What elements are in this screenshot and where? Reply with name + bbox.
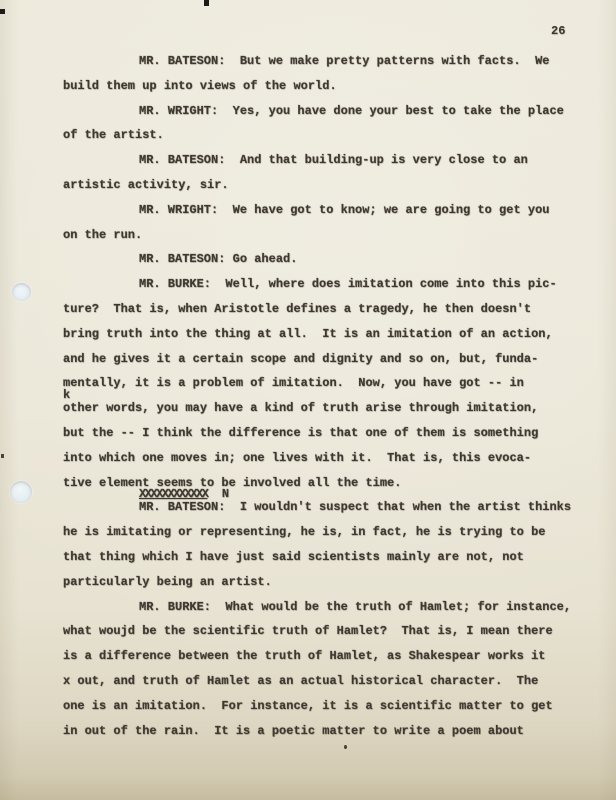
scan-speck-bottom xyxy=(344,745,347,749)
punch-hole-bottom xyxy=(10,481,32,503)
punch-hole-top xyxy=(12,283,31,301)
scan-speck-left xyxy=(1,454,4,458)
transcript: MR. BATESON: But we make pretty patterns… xyxy=(63,49,575,743)
transcript-line: is a difference between the truth of Ham… xyxy=(63,644,575,669)
transcript-line: MR. BURKE: Well, where does imitation co… xyxy=(63,272,575,297)
scan-mark-top-center xyxy=(204,0,209,6)
transcript-line: MR. BATESON: Go ahead. xyxy=(63,247,575,272)
page-number: 26 xyxy=(551,24,565,38)
transcript-line: MR. WRIGHT: We have got to know; we are … xyxy=(63,198,575,223)
transcript-line: that thing which I have just said scient… xyxy=(63,545,575,570)
transcript-line: and he gives it a certain scope and dign… xyxy=(63,347,575,372)
transcript-line: but the -- I think the difference is tha… xyxy=(63,421,575,446)
transcript-line: one is an imitation. For instance, it is… xyxy=(63,694,575,719)
transcript-line: other words, you may have a kind of trut… xyxy=(63,396,575,421)
transcript-line: build them up into views of the world. xyxy=(63,74,575,99)
transcript-line: ture? That is, when Aristotle defines a … xyxy=(63,297,575,322)
transcript-line: artistic activity, sir. xyxy=(63,173,575,198)
scan-mark-top-left xyxy=(0,9,5,14)
transcript-line: bring truth into the thing at all. It is… xyxy=(63,322,575,347)
transcript-line: in out of the rain. It is a poetic matte… xyxy=(63,719,575,744)
transcript-line: x out, and truth of Hamlet as an actual … xyxy=(63,669,575,694)
transcript-line: MR. BURKE: What would be the truth of Ha… xyxy=(63,595,575,620)
typewritten-page: 26 MR. BATESON: But we make pretty patte… xyxy=(0,0,616,800)
transcript-line: mentally, it is a problem of imitation. … xyxy=(63,371,575,396)
transcript-line: MR. WRIGHT: Yes, you have done your best… xyxy=(63,99,575,124)
transcript-line: he is imitating or representing, he is, … xyxy=(63,520,575,545)
transcript-line: MR. BATESON: And that building-up is ver… xyxy=(63,148,575,173)
struck-out-text: XXXXXXXXXXXX xyxy=(139,487,207,501)
transcript-line: what woujd be the scientific truth of Ha… xyxy=(63,619,575,644)
transcript-line: on the run. xyxy=(63,223,575,248)
transcript-line: MR. BATESON: But we make pretty patterns… xyxy=(63,49,575,74)
transcript-line: into which one moves in; one lives with … xyxy=(63,446,575,471)
transcript-line: of the artist. xyxy=(63,123,575,148)
transcript-line: particularly being an artist. xyxy=(63,570,575,595)
